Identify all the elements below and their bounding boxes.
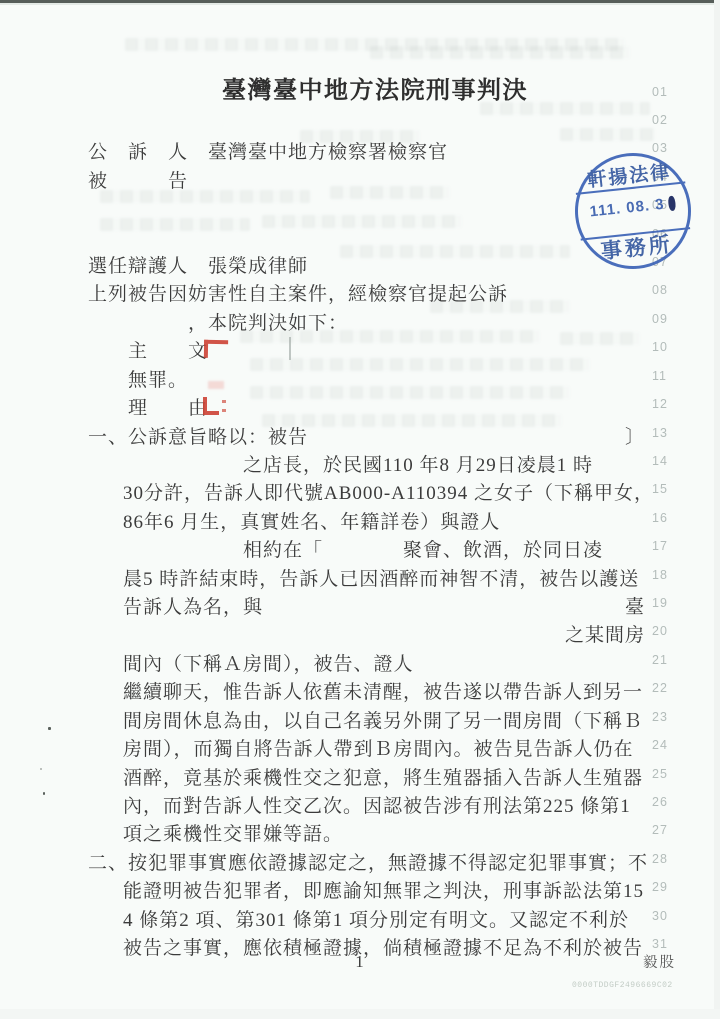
line-number: 01 (652, 85, 668, 99)
line-number: 26 (652, 795, 668, 809)
document-line: 相約在「 聚會、飲酒，於同日凌 (123, 537, 645, 564)
line-text: 間房間休息為由，以自己名義另外開了另一間房間（下稱Ｂ (123, 708, 643, 735)
document-line: 理 由 (88, 395, 645, 422)
document-line: 30分許，告訴人即代號AB000-A110394 之女子（下稱甲女， (123, 480, 645, 507)
line-text: 86年6 月生，真實姓名、年籍詳卷）與證人 (123, 509, 500, 536)
judgment-title: 臺灣臺中地方法院刑事判決 (222, 70, 528, 105)
line-text: 30分許，告訴人即代號AB000-A110394 之女子（下稱甲女， (123, 480, 654, 507)
line-number: 23 (652, 710, 668, 724)
line-text-right: 之某間房 (565, 622, 645, 649)
scanned-judgment-page: { "document": { "title": "臺灣臺中地方法院刑事判決",… (0, 0, 720, 1019)
bleed-through-ghost (370, 46, 630, 59)
stamp-firm-name-bottom: 事務所 (580, 226, 693, 267)
scan-edge-top-shadow (0, 3, 720, 5)
line-number: 17 (652, 539, 668, 553)
line-number: 27 (652, 823, 668, 837)
line-number: 08 (652, 283, 668, 297)
page-number: 1 (330, 952, 390, 972)
clerk-unit-label: 毅股 (643, 951, 676, 972)
document-line: 86年6 月生，真實姓名、年籍詳卷）與證人 (123, 509, 645, 536)
document-line: 能證明被告犯罪者，即應諭知無罪之判決，刑事訴訟法第15 (123, 878, 645, 905)
document-line: 選任辯護人 張榮成律師 (88, 253, 645, 280)
line-text-right: 臺 (625, 594, 645, 621)
document-line: 之店長，於民國110 年8 月29日凌晨1 時 (123, 452, 645, 479)
line-text: 公 訴 人 臺灣臺中地方檢察署檢察官 (88, 139, 448, 166)
bleed-through-ghost (100, 218, 250, 231)
redaction-corner-mark-reason (203, 397, 219, 415)
line-number: 24 (652, 738, 668, 752)
scan-edge-right (714, 0, 720, 1019)
line-number: 19 (652, 596, 668, 610)
stamp-date: 111. 08. 3 (577, 193, 688, 221)
scan-speck (40, 768, 42, 770)
document-line: 之某間房 (123, 622, 645, 649)
line-text: 房間），而獨自將告訴人帶到Ｂ房間內。被告見告訴人仍在 (123, 736, 634, 763)
line-text-right: 〕 (625, 424, 645, 451)
line-text: 無罪。 (88, 367, 188, 394)
line-text: 被 告 (88, 168, 188, 195)
line-text: 晨5 時許結束時，告訴人已因酒醉而神智不清，被告以護送 (123, 566, 639, 593)
line-number: 15 (652, 482, 668, 496)
document-line: 房間），而獨自將告訴人帶到Ｂ房間內。被告見告訴人仍在 (123, 736, 645, 763)
document-line: 內，而對告訴人性交乙次。因認被告涉有刑法第225 條第1 (123, 793, 645, 820)
line-number: 09 (652, 312, 668, 326)
line-text: ，本院判決如下： (88, 310, 348, 337)
document-line: 酒醉，竟基於乘機性交之犯意，將生殖器插入告訴人生殖器 (123, 765, 645, 792)
line-text: 選任辯護人 張榮成律師 (88, 253, 308, 280)
document-line: 公 訴 人 臺灣臺中地方檢察署檢察官 (88, 139, 645, 166)
document-line: 項之乘機性交罪嫌等語。 (123, 821, 645, 848)
line-number: 22 (652, 681, 668, 695)
line-number: 29 (652, 880, 668, 894)
line-text: 告訴人為名，與 (123, 594, 263, 621)
document-line: 上列被告因妨害性自主案件，經檢察官提起公訴 (88, 281, 645, 308)
red-dot-mark (222, 400, 226, 403)
scan-speck (48, 727, 51, 730)
line-text: 4 條第2 項、第301 條第1 項分別定有明文。又認定不利於 (123, 907, 629, 934)
line-number: 10 (652, 340, 668, 354)
document-line: 間內（下稱Ａ房間），被告、證人 (123, 651, 645, 678)
document-line: 二、按犯罪事實應依證據認定之，無證據不得認定犯罪事實；不 (88, 850, 645, 877)
document-line: ，本院判決如下： (88, 310, 645, 337)
law-firm-stamp: 軒揚法律 111. 08. 3 事務所 (569, 147, 696, 274)
red-dot-mark (222, 409, 226, 412)
line-number: 11 (652, 369, 667, 383)
stamp-date-text: 111. 08. 3 (589, 196, 665, 221)
line-text: 內，而對告訴人性交乙次。因認被告涉有刑法第225 條第1 (123, 793, 631, 820)
scan-speck (43, 792, 45, 795)
stamp-ink-blob (668, 195, 677, 211)
line-text: 能證明被告犯罪者，即應諭知無罪之判決，刑事訴訟法第15 (123, 878, 644, 905)
scan-edge-bottom (0, 1009, 720, 1019)
document-line: 被 告 (88, 168, 645, 195)
line-text: 主 文 (88, 338, 208, 365)
document-line: 無罪。 (88, 367, 645, 394)
line-text: 之店長，於民國110 年8 月29日凌晨1 時 (123, 452, 593, 479)
line-number: 12 (652, 397, 668, 411)
document-line: 間房間休息為由，以自己名義另外開了另一間房間（下稱Ｂ (123, 708, 645, 735)
line-number: 30 (652, 909, 668, 923)
line-number: 25 (652, 767, 668, 781)
redaction-corner-mark-main-text (204, 340, 228, 358)
document-line: 晨5 時許結束時，告訴人已因酒醉而神智不清，被告以護送 (123, 566, 645, 593)
line-number: 16 (652, 511, 668, 525)
line-text: 上列被告因妨害性自主案件，經檢察官提起公訴 (88, 281, 508, 308)
document-line: 4 條第2 項、第301 條第1 項分別定有明文。又認定不利於 (123, 907, 645, 934)
line-text: 繼續聊天，惟告訴人依舊未清醒，被告遂以帶告訴人到另一 (123, 679, 643, 706)
document-line: 主 文 (88, 338, 645, 365)
document-code: 0000TDDGF2496669C02 (572, 981, 673, 990)
document-line: 告訴人為名，與臺 (123, 594, 645, 621)
line-number: 21 (652, 653, 668, 667)
line-number: 31 (652, 937, 668, 951)
line-text: 酒醉，竟基於乘機性交之犯意，將生殖器插入告訴人生殖器 (123, 765, 643, 792)
line-number: 18 (652, 568, 668, 582)
line-text: 間內（下稱Ａ房間），被告、證人 (123, 651, 414, 678)
line-number: 20 (652, 624, 668, 638)
bleed-through-ghost (262, 215, 462, 228)
line-text: 項之乘機性交罪嫌等語。 (123, 821, 343, 848)
line-number: 13 (652, 426, 668, 440)
line-text: 一、公訴意旨略以：被告 (88, 424, 308, 451)
line-text: 理 由 (88, 395, 208, 422)
line-number: 03 (652, 141, 668, 155)
line-number: 14 (652, 454, 668, 468)
line-text: 相約在「 聚會、飲酒，於同日凌 (123, 537, 603, 564)
document-line: 繼續聊天，惟告訴人依舊未清醒，被告遂以帶告訴人到另一 (123, 679, 645, 706)
line-number: 28 (652, 852, 668, 866)
line-number: 02 (652, 113, 668, 127)
document-line: 一、公訴意旨略以：被告〕 (88, 424, 645, 451)
line-text: 二、按犯罪事實應依證據認定之，無證據不得認定犯罪事實；不 (88, 850, 648, 877)
